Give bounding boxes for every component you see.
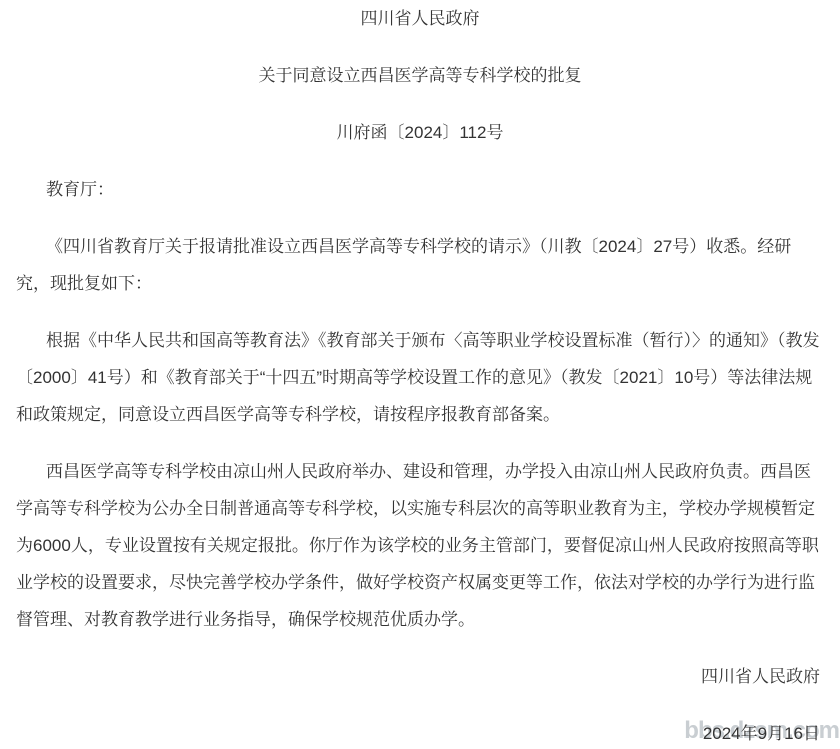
document-number: 川府函〔2024〕112号 — [16, 114, 824, 151]
paragraph-approval-basis: 根据《中华人民共和国高等教育法》《教育部关于颁布〈高等职业学校设置标准（暂行）〉… — [16, 322, 824, 433]
document-date: 2024年9月16日 — [16, 715, 824, 749]
paragraph-school-details: 西昌医学高等专科学校由凉山州人民政府举办、建设和管理，办学投入由凉山州人民政府负… — [16, 453, 824, 638]
paragraph-intro: 《四川省教育厅关于报请批准设立西昌医学高等专科学校的请示》（川教〔2024〕27… — [16, 228, 824, 302]
issuer-heading: 四川省人民政府 — [16, 0, 824, 37]
document-page: 四川省人民政府 关于同意设立西昌医学高等专科学校的批复 川府函〔2024〕112… — [0, 0, 840, 749]
signature: 四川省人民政府 — [16, 658, 824, 695]
document-title: 关于同意设立西昌医学高等专科学校的批复 — [16, 57, 824, 94]
salutation: 教育厅： — [16, 171, 824, 208]
